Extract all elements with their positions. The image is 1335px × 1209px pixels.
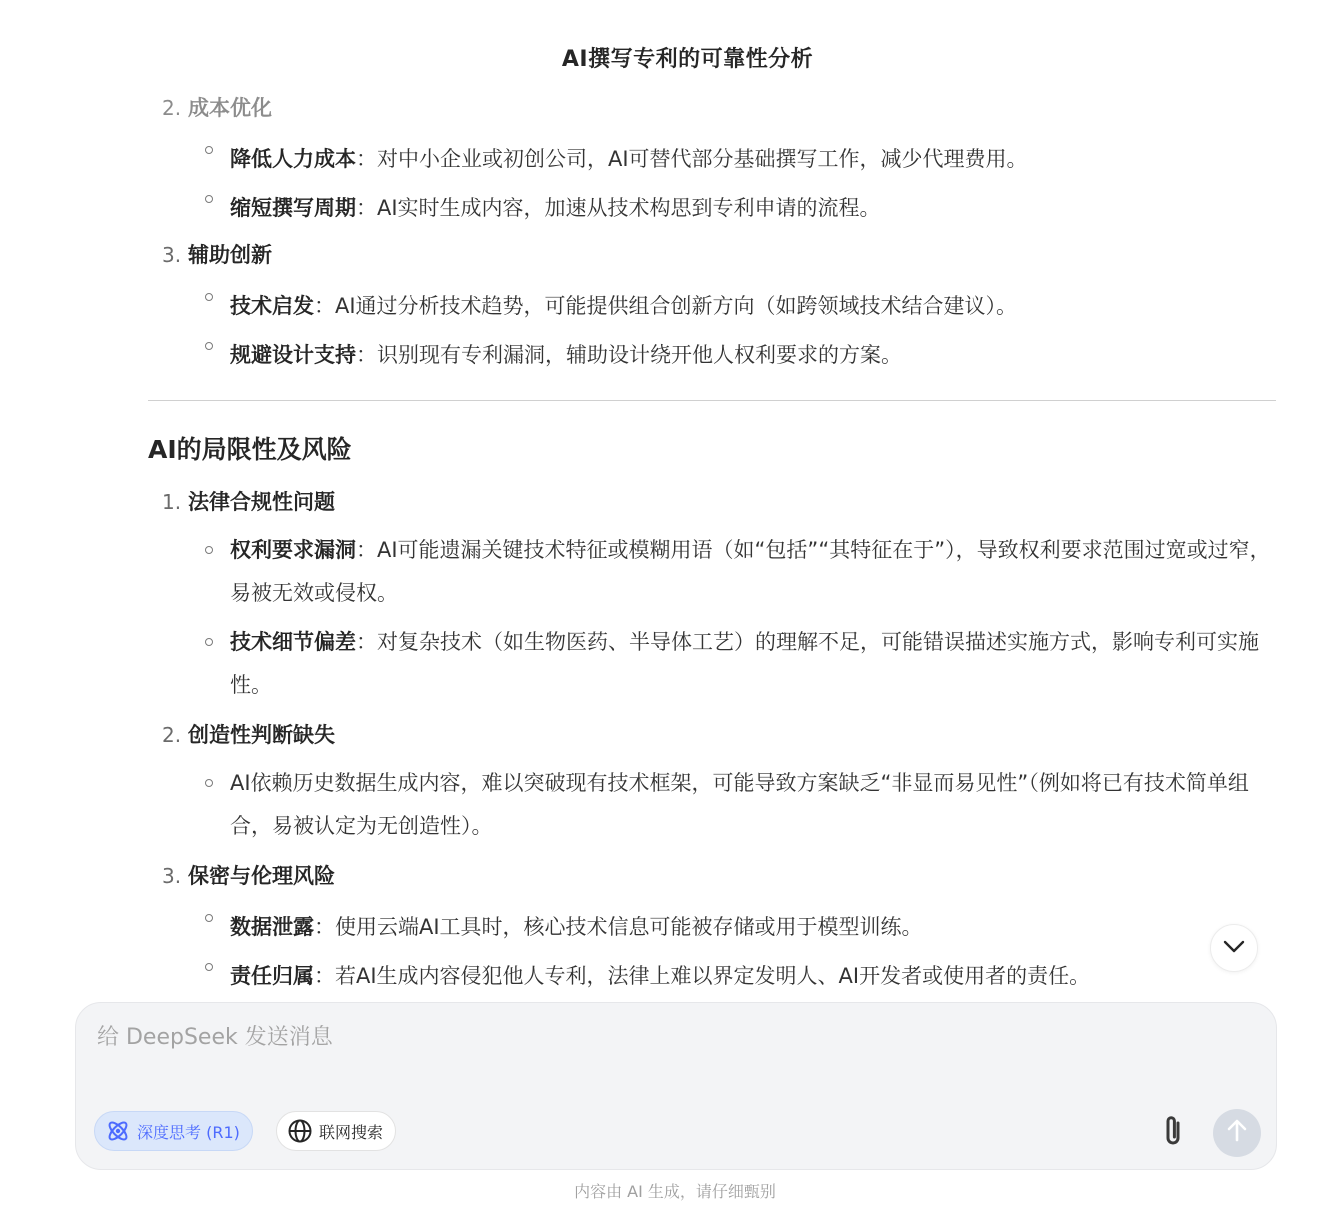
list-item: 缩短撰写周期：AI实时生成内容，加速从技术构思到专利申请的流程。 xyxy=(148,184,1276,233)
item-key: 责任归属 xyxy=(230,964,314,988)
message-composer: 深度思考 (R1) 联网搜索 xyxy=(75,1002,1277,1170)
list-label: 创造性判断缺失 xyxy=(188,721,335,749)
item-key: 技术启发 xyxy=(230,294,314,318)
list-label: 成本优化 xyxy=(188,94,272,122)
atom-icon xyxy=(105,1118,131,1144)
item-text: ：识别现有专利漏洞，辅助设计绕开他人权利要求的方案。 xyxy=(356,343,902,367)
list-number: 3. xyxy=(162,241,188,269)
bullet-icon xyxy=(205,293,213,301)
item-text: ：AI实时生成内容，加速从技术构思到专利申请的流程。 xyxy=(356,196,881,220)
arrow-up-icon xyxy=(1226,1119,1248,1147)
bullet-icon xyxy=(205,638,213,646)
list-item: 权利要求漏洞：AI可能遗漏关键技术特征或模糊用语（如“包括”“其特征在于”），导… xyxy=(148,529,1276,621)
item-key: 数据泄露 xyxy=(230,915,314,939)
send-button[interactable] xyxy=(1213,1109,1261,1157)
ordered-item-legal-compliance: 1. 法律合规性问题 xyxy=(162,480,1276,529)
web-search-label: 联网搜索 xyxy=(319,1120,383,1143)
bullet-icon xyxy=(205,146,213,154)
ordered-item-assist-innovation: 3. 辅助创新 xyxy=(162,233,1276,282)
item-key: 权利要求漏洞 xyxy=(230,538,356,562)
chevron-down-icon xyxy=(1223,939,1245,958)
conversation-title: AI撰写专利的可靠性分析 xyxy=(0,42,1335,73)
ordered-item-creativity-judgement: 2. 创造性判断缺失 xyxy=(162,713,1276,762)
item-key: 缩短撰写周期 xyxy=(230,196,356,220)
item-key: 规避设计支持 xyxy=(230,343,356,367)
list-item: 责任归属：若AI生成内容侵犯他人专利，法律上难以界定发明人、AI开发者或使用者的… xyxy=(148,952,1276,1001)
list-item: 技术启发：AI通过分析技术趋势，可能提供组合创新方向（如跨领域技术结合建议）。 xyxy=(148,282,1276,331)
section-heading: AI的局限性及风险 xyxy=(148,436,1276,464)
list-number: 2. xyxy=(162,721,188,749)
web-search-toggle[interactable]: 联网搜索 xyxy=(276,1111,396,1151)
item-text: ：AI可能遗漏关键技术特征或模糊用语（如“包括”“其特征在于”），导致权利要求范… xyxy=(230,538,1271,605)
list-number: 2. xyxy=(162,94,188,122)
attach-file-button[interactable] xyxy=(1156,1115,1190,1149)
paperclip-icon xyxy=(1161,1113,1185,1151)
bullet-icon xyxy=(205,914,213,922)
item-text: ：对复杂技术（如生物医药、半导体工艺）的理解不足，可能错误描述实施方式，影响专利… xyxy=(230,630,1259,697)
list-label: 法律合规性问题 xyxy=(188,488,335,516)
message-input[interactable] xyxy=(97,1025,1197,1050)
item-text: ：AI通过分析技术趋势，可能提供组合创新方向（如跨领域技术结合建议）。 xyxy=(314,294,1017,318)
list-number: 1. xyxy=(162,488,188,516)
item-key: 降低人力成本 xyxy=(230,147,356,171)
item-key: 技术细节偏差 xyxy=(230,630,356,654)
bullet-icon xyxy=(205,342,213,350)
item-text: ：使用云端AI工具时，核心技术信息可能被存储或用于模型训练。 xyxy=(314,915,923,939)
bullet-icon xyxy=(205,195,213,203)
scroll-to-bottom-button[interactable] xyxy=(1210,924,1258,972)
item-text: AI依赖历史数据生成内容，难以突破现有技术框架，可能导致方案缺乏“非显而易见性”… xyxy=(230,771,1249,838)
list-label: 保密与伦理风险 xyxy=(188,862,335,890)
list-item: 降低人力成本：对中小企业或初创公司，AI可替代部分基础撰写工作，减少代理费用。 xyxy=(148,135,1276,184)
deep-think-toggle[interactable]: 深度思考 (R1) xyxy=(94,1111,253,1151)
list-label: 辅助创新 xyxy=(188,241,272,269)
ordered-item-cost-optimization: 2. 成本优化 xyxy=(162,86,1276,135)
item-text: ：若AI生成内容侵犯他人专利，法律上难以界定发明人、AI开发者或使用者的责任。 xyxy=(314,964,1090,988)
list-item: 规避设计支持：识别现有专利漏洞，辅助设计绕开他人权利要求的方案。 xyxy=(148,331,1276,380)
bullet-icon xyxy=(205,546,213,554)
bullet-icon xyxy=(205,963,213,971)
globe-icon xyxy=(287,1118,313,1144)
message-content: 2. 成本优化 降低人力成本：对中小企业或初创公司，AI可替代部分基础撰写工作，… xyxy=(148,86,1276,1001)
list-item: AI依赖历史数据生成内容，难以突破现有技术框架，可能导致方案缺乏“非显而易见性”… xyxy=(148,762,1276,854)
item-text: ：对中小企业或初创公司，AI可替代部分基础撰写工作，减少代理费用。 xyxy=(356,147,1028,171)
bullet-icon xyxy=(205,779,213,787)
section-divider xyxy=(148,400,1276,401)
list-item: 技术细节偏差：对复杂技术（如生物医药、半导体工艺）的理解不足，可能错误描述实施方… xyxy=(148,621,1276,713)
list-number: 3. xyxy=(162,862,188,890)
ordered-item-privacy-ethics: 3. 保密与伦理风险 xyxy=(162,854,1276,903)
ai-disclaimer: 内容由 AI 生成，请仔细甄别 xyxy=(0,1179,1335,1202)
deep-think-label: 深度思考 (R1) xyxy=(137,1120,240,1143)
list-item: 数据泄露：使用云端AI工具时，核心技术信息可能被存储或用于模型训练。 xyxy=(148,903,1276,952)
